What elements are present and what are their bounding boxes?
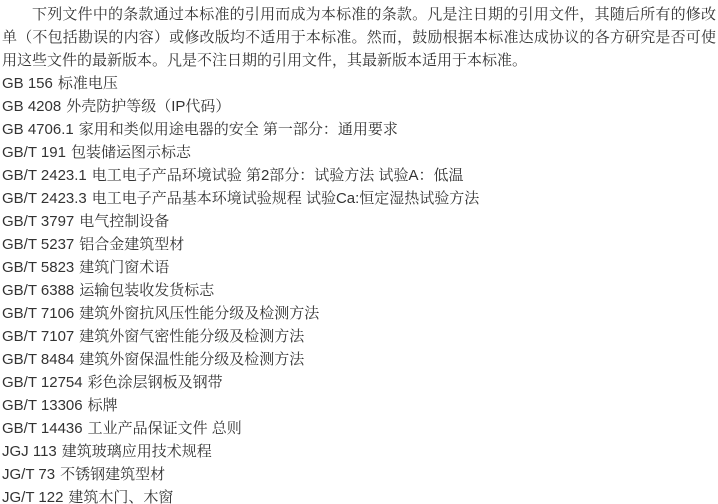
- reference-item: GB/T 3797电气控制设备: [2, 210, 716, 233]
- reference-code: GB/T 5237: [2, 236, 74, 253]
- reference-code: JG/T 73: [2, 466, 55, 483]
- reference-title: 家用和类似用途电器的安全 第一部分：通用要求: [79, 121, 398, 138]
- reference-code: GB/T 191: [2, 144, 66, 161]
- reference-code: GB/T 5823: [2, 259, 74, 276]
- reference-code: GB/T 7106: [2, 305, 74, 322]
- reference-item: GB/T 8484建筑外窗保温性能分级及检测方法: [2, 348, 716, 371]
- reference-title: 建筑外窗抗风压性能分级及检测方法: [79, 305, 319, 322]
- reference-title: 铝合金建筑型材: [79, 236, 184, 253]
- reference-item: GB/T 5823建筑门窗术语: [2, 256, 716, 279]
- reference-item: GB/T 12754彩色涂层钢板及钢带: [2, 371, 716, 394]
- reference-code: GB 4208: [2, 98, 61, 115]
- reference-list: GB 156标准电压 GB 4208外壳防护等级（IP代码） GB 4706.1…: [2, 72, 716, 504]
- reference-item: JGJ 113建筑玻璃应用技术规程: [2, 440, 716, 463]
- reference-code: GB/T 3797: [2, 213, 74, 230]
- reference-title: 建筑外窗气密性能分级及检测方法: [79, 328, 304, 345]
- reference-item: JG/T 122建筑木门、木窗: [2, 486, 716, 504]
- reference-code: GB 156: [2, 75, 53, 92]
- normative-references-intro-paragraph: 下列文件中的条款通过本标准的引用而成为本标准的条款。凡是注日期的引用文件，其随后…: [2, 3, 716, 72]
- reference-code: GB/T 12754: [2, 374, 83, 391]
- reference-title: 建筑门窗术语: [79, 259, 169, 276]
- reference-item: GB 156标准电压: [2, 72, 716, 95]
- reference-item: GB/T 6388运输包装收发货标志: [2, 279, 716, 302]
- reference-title: 建筑玻璃应用技术规程: [62, 443, 212, 460]
- reference-title: 运输包装收发货标志: [79, 282, 214, 299]
- reference-title: 标准电压: [58, 75, 118, 92]
- reference-code: GB/T 13306: [2, 397, 83, 414]
- reference-code: GB 4706.1: [2, 121, 74, 138]
- reference-title: 工业产品保证文件 总则: [88, 420, 242, 437]
- reference-code: JG/T 122: [2, 489, 63, 504]
- reference-title: 电气控制设备: [79, 213, 169, 230]
- reference-item: GB/T 2423.1电工电子产品环境试验 第2部分：试验方法 试验A：低温: [2, 164, 716, 187]
- reference-code: GB/T 2423.1: [2, 167, 87, 184]
- reference-title: 建筑木门、木窗: [68, 489, 173, 504]
- reference-title: 电工电子产品基本环境试验规程 试验Ca:恒定湿热试验方法: [92, 190, 480, 207]
- reference-title: 外壳防护等级（IP代码）: [66, 98, 230, 115]
- reference-title: 电工电子产品环境试验 第2部分：试验方法 试验A：低温: [92, 167, 464, 184]
- reference-code: GB/T 2423.3: [2, 190, 87, 207]
- reference-title: 不锈钢建筑型材: [60, 466, 165, 483]
- reference-item: GB/T 5237铝合金建筑型材: [2, 233, 716, 256]
- reference-item: GB/T 2423.3电工电子产品基本环境试验规程 试验Ca:恒定湿热试验方法: [2, 187, 716, 210]
- reference-title: 建筑外窗保温性能分级及检测方法: [79, 351, 304, 368]
- reference-title: 包装储运图示标志: [71, 144, 191, 161]
- document-page: 下列文件中的条款通过本标准的引用而成为本标准的条款。凡是注日期的引用文件，其随后…: [0, 0, 718, 504]
- reference-item: GB 4208外壳防护等级（IP代码）: [2, 95, 716, 118]
- reference-item: GB/T 13306标牌: [2, 394, 716, 417]
- reference-title: 彩色涂层钢板及钢带: [88, 374, 223, 391]
- reference-item: GB/T 191包装储运图示标志: [2, 141, 716, 164]
- reference-code: GB/T 7107: [2, 328, 74, 345]
- reference-code: GB/T 6388: [2, 282, 74, 299]
- reference-item: GB/T 14436工业产品保证文件 总则: [2, 417, 716, 440]
- reference-item: JG/T 73不锈钢建筑型材: [2, 463, 716, 486]
- reference-code: GB/T 14436: [2, 420, 83, 437]
- reference-item: GB 4706.1家用和类似用途电器的安全 第一部分：通用要求: [2, 118, 716, 141]
- reference-item: GB/T 7107建筑外窗气密性能分级及检测方法: [2, 325, 716, 348]
- reference-item: GB/T 7106建筑外窗抗风压性能分级及检测方法: [2, 302, 716, 325]
- reference-code: JGJ 113: [2, 443, 57, 460]
- reference-title: 标牌: [88, 397, 118, 414]
- reference-code: GB/T 8484: [2, 351, 74, 368]
